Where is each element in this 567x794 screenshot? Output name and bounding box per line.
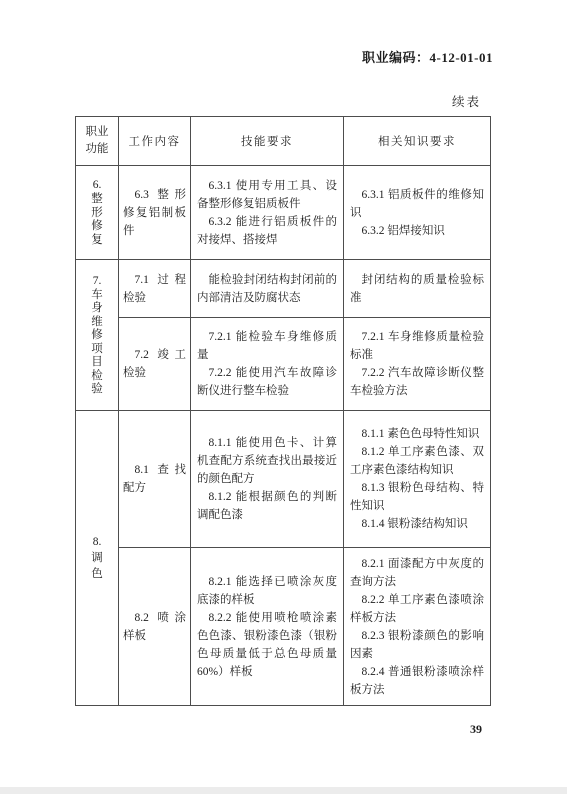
col-header-knowledge: 相关知识要求 <box>344 117 491 166</box>
page-number: 39 <box>470 722 482 737</box>
table-header-row: 职业功能 工作内容 技能要求 相关知识要求 <box>76 117 491 166</box>
knowledge-item: 6.3.1 铝质板件的维修知识 <box>350 186 484 222</box>
function-name: 整形修复 <box>91 193 103 247</box>
knowledge-item: 7.2.2 汽车故障诊断仪整车检验方法 <box>350 364 484 400</box>
work-item: 8.1 查找配方 <box>123 461 186 497</box>
skill-cell-7-2: 7.2.1 能检验车身维修质量 7.2.2 能使用汽车故障诊断仪进行整车检验 <box>191 318 344 411</box>
knowledge-item: 8.1.3 银粉色母结构、特性知识 <box>350 479 484 515</box>
skill-item: 8.1.1 能使用色卡、计算机查配方系统查找出最接近的颜色配方 <box>197 434 337 488</box>
knowledge-cell-6-3: 6.3.1 铝质板件的维修知识 6.3.2 铝焊接知识 <box>344 166 491 260</box>
knowledge-item: 封闭结构的质量检验标准 <box>350 271 484 307</box>
table-row: 6. 整形修复 6.3 整形修复铝制板件 6.3.1 使用专用工具、设备整形修复… <box>76 166 491 260</box>
col-header-function-label: 职业功能 <box>84 124 109 157</box>
skill-cell-6-3: 6.3.1 使用专用工具、设备整形修复铝质板件 6.3.2 能进行铝质板件的对接… <box>191 166 344 260</box>
table-row: 8. 调色 8.1 查找配方 8.1.1 能使用色卡、计算机查配方系统查找出最接… <box>76 411 491 548</box>
knowledge-item: 8.2.2 单工序素色漆喷涂样板方法 <box>350 591 484 627</box>
skill-cell-7-1: 能检验封闭结构封闭前的内部清洁及防腐状态 <box>191 260 344 318</box>
col-header-skill: 技能要求 <box>191 117 344 166</box>
knowledge-item: 8.2.3 银粉漆颜色的影响因素 <box>350 627 484 663</box>
skill-item: 7.2.2 能使用汽车故障诊断仪进行整车检验 <box>197 364 337 400</box>
col-header-function: 职业功能 <box>76 117 119 166</box>
function-cell-8: 8. 调色 <box>76 411 119 706</box>
table-row: 7. 车身维修项目检验 7.1 过程检验 能检验封闭结构封闭前的内部清洁及防腐状… <box>76 260 491 318</box>
work-cell-7-1: 7.1 过程检验 <box>119 260 191 318</box>
function-cell-6: 6. 整形修复 <box>76 166 119 260</box>
knowledge-item: 8.1.2 单工序素色漆、双工序素色漆结构知识 <box>350 443 484 479</box>
work-item: 8.2 喷涂样板 <box>123 609 186 645</box>
work-item: 6.3 整形修复铝制板件 <box>123 186 186 240</box>
knowledge-item: 6.3.2 铝焊接知识 <box>350 222 484 240</box>
function-name: 调色 <box>91 550 103 582</box>
table-row: 8.2 喷涂样板 8.2.1 能选择已喷涂灰度底漆的样板 8.2.2 能使用喷枪… <box>76 548 491 706</box>
continued-table-label: 续表 <box>452 92 481 110</box>
work-cell-7-2: 7.2 竣工检验 <box>119 318 191 411</box>
work-cell-8-2: 8.2 喷涂样板 <box>119 548 191 706</box>
col-header-work: 工作内容 <box>119 117 191 166</box>
work-item: 7.2 竣工检验 <box>123 346 186 382</box>
function-number: 6. <box>76 178 118 193</box>
knowledge-cell-7-1: 封闭结构的质量检验标准 <box>344 260 491 318</box>
skill-item: 8.2.1 能选择已喷涂灰度底漆的样板 <box>197 573 337 609</box>
knowledge-item: 8.2.1 面漆配方中灰度的查询方法 <box>350 555 484 591</box>
skill-cell-8-2: 8.2.1 能选择已喷涂灰度底漆的样板 8.2.2 能使用喷枪喷涂素色色漆、银粉… <box>191 548 344 706</box>
knowledge-item: 8.1.4 银粉漆结构知识 <box>350 515 484 533</box>
skill-item: 7.2.1 能检验车身维修质量 <box>197 328 337 364</box>
knowledge-item: 7.2.1 车身维修质量检验标准 <box>350 328 484 364</box>
occupation-standard-table: 职业功能 工作内容 技能要求 相关知识要求 6. 整形修复 6.3 整形修复铝制… <box>75 116 491 706</box>
work-cell-6-3: 6.3 整形修复铝制板件 <box>119 166 191 260</box>
work-cell-8-1: 8.1 查找配方 <box>119 411 191 548</box>
function-cell-7: 7. 车身维修项目检验 <box>76 260 119 411</box>
function-number: 7. <box>76 274 118 289</box>
function-number: 8. <box>76 535 118 550</box>
function-name: 车身维修项目检验 <box>91 289 103 397</box>
occupation-code-label: 职业编码：4-12-01-01 <box>362 47 493 66</box>
skill-cell-8-1: 8.1.1 能使用色卡、计算机查配方系统查找出最接近的颜色配方 8.1.2 能根… <box>191 411 344 548</box>
skill-item: 能检验封闭结构封闭前的内部清洁及防腐状态 <box>197 271 337 307</box>
page-bottom-edge <box>0 787 567 794</box>
knowledge-cell-8-2: 8.2.1 面漆配方中灰度的查询方法 8.2.2 单工序素色漆喷涂样板方法 8.… <box>344 548 491 706</box>
skill-item: 6.3.1 使用专用工具、设备整形修复铝质板件 <box>197 177 337 213</box>
document-page: 职业编码：4-12-01-01 续表 职业功能 工作内容 技能要求 相关知识要求… <box>0 0 567 794</box>
knowledge-cell-7-2: 7.2.1 车身维修质量检验标准 7.2.2 汽车故障诊断仪整车检验方法 <box>344 318 491 411</box>
skill-item: 8.1.2 能根据颜色的判断调配色漆 <box>197 488 337 524</box>
knowledge-cell-8-1: 8.1.1 素色色母特性知识 8.1.2 单工序素色漆、双工序素色漆结构知识 8… <box>344 411 491 548</box>
skill-item: 6.3.2 能进行铝质板件的对接焊、搭接焊 <box>197 213 337 249</box>
knowledge-item: 8.1.1 素色色母特性知识 <box>350 425 484 443</box>
skill-item: 8.2.2 能使用喷枪喷涂素色色漆、银粉漆色漆（银粉色母质量低于总色母质量60%… <box>197 609 337 681</box>
table-row: 7.2 竣工检验 7.2.1 能检验车身维修质量 7.2.2 能使用汽车故障诊断… <box>76 318 491 411</box>
knowledge-item: 8.2.4 普通银粉漆喷涂样板方法 <box>350 663 484 699</box>
work-item: 7.1 过程检验 <box>123 271 186 307</box>
